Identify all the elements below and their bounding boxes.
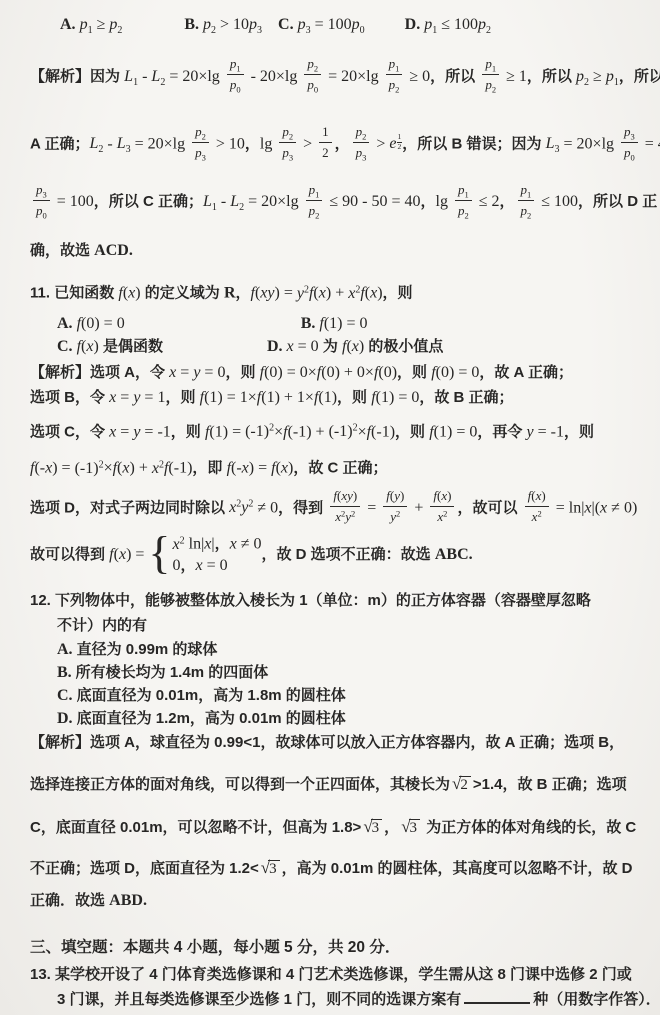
math-expression: p2 <box>478 16 491 33</box>
subscript: 2 <box>314 64 318 74</box>
math-text: x <box>287 338 294 355</box>
numerator: 1 <box>319 122 332 143</box>
subscript: 0 <box>236 85 240 95</box>
math-expression: f(x) + <box>309 285 348 302</box>
document-line: 【解析】选项 A，球直径为 0.99<1，故球体可以放入正方体容器内，故 A 正… <box>0 730 660 755</box>
cjk-text: ， <box>245 135 260 152</box>
numerator: p2 <box>353 122 370 143</box>
subscript: 0 <box>631 152 635 162</box>
math-expression: = 20× <box>244 193 286 210</box>
math-expression: p2 <box>282 123 293 140</box>
math-text: > <box>372 135 389 152</box>
math-expression: > <box>372 135 389 152</box>
math-text: 0 <box>173 557 181 574</box>
math-text: ) + <box>326 285 348 302</box>
math-text: ≥ 1 <box>502 68 527 85</box>
math-expression: > <box>299 135 316 152</box>
numerator: p3 <box>33 180 50 201</box>
cjk-text: ，则 <box>395 423 429 440</box>
document-line: 13. 某学校开设了 4 门体育类选修课和 4 门艺术类选修课，学生需从这 8 … <box>0 962 660 987</box>
fraction: p2p0 <box>304 54 321 95</box>
math-text: = 20× <box>244 193 286 210</box>
document-line: A. p1 ≥ p2B. p2 > 10p3C. p3 = 100p0D. p1… <box>0 12 660 43</box>
cjk-text: 12. 下列物体中，能够被整体放入棱长为 1（单位：m）的正方体容器（容器壁厚忽… <box>30 592 591 609</box>
document-line: 确，故选 ACD. <box>0 238 660 263</box>
cjk-text: ，故 B 正确； <box>419 389 513 406</box>
fraction: p1p2 <box>386 54 403 95</box>
math-expression: f(-x) = <box>30 460 75 477</box>
math-text: ≤ 2 <box>475 193 500 210</box>
radicand: 3 <box>371 819 383 836</box>
math-expression: x = 0 <box>196 557 228 574</box>
math-expression: = 100 <box>311 16 352 33</box>
denominator: p2 <box>482 75 499 95</box>
math-text: (0) = 0 <box>436 364 480 381</box>
math-text: p <box>80 16 88 33</box>
math-expression: ≥ <box>93 16 110 33</box>
subscript: 3 <box>202 152 206 162</box>
answer-label: A. <box>57 641 77 658</box>
fraction: f(y)y2 <box>383 486 407 527</box>
math-expression: = 100 <box>53 193 94 210</box>
cjk-text: ，故 D 选项不正确：故选 <box>262 546 435 563</box>
subscript: 1 <box>315 189 319 199</box>
math-text: p <box>576 68 584 85</box>
cjk-text: 种（用数字作答）． <box>533 991 660 1008</box>
math-expression: x2 <box>335 508 345 525</box>
math-expression: f(y) <box>386 487 404 504</box>
denominator: p0 <box>621 143 638 163</box>
answer-label: C. <box>278 16 298 33</box>
exam-document-page: A. p1 ≥ p2B. p2 > 10p3C. p3 = 100p0D. p1… <box>0 0 660 1015</box>
math-text: ) + <box>129 460 151 477</box>
math-expression: = 20× <box>324 68 366 85</box>
math-expression: p0 <box>230 76 241 93</box>
math-text: = 40 <box>641 135 660 152</box>
math-text: - <box>217 193 230 210</box>
subscript: 2 <box>315 210 319 220</box>
fraction: p1p2 <box>518 180 535 221</box>
answer-label: B. <box>184 16 203 33</box>
answer-label: A. <box>60 16 80 33</box>
document-line: f(-x) = (-1)2×f(x) + x2f(-1)，即 f(-x) = f… <box>0 452 660 481</box>
superscript: 2 <box>351 508 355 518</box>
subscript: 1 <box>236 64 240 74</box>
cjk-text: 三、填空题：本题共 4 小题，每小题 5 分，共 20 分． <box>30 939 400 956</box>
document-line: 11. 已知函数 f(x) 的定义域为 R，f(xy) = y2f(x) + x… <box>0 277 660 306</box>
denominator: p2 <box>306 201 323 221</box>
denominator: x2y2 <box>332 507 358 527</box>
cjk-text: ，则 <box>397 364 431 381</box>
cjk-text: ，所以 <box>527 68 576 85</box>
math-expression: |x| <box>201 536 215 553</box>
denominator: p2 <box>518 201 535 221</box>
math-expression: = <box>363 499 380 516</box>
math-expression: L2 <box>89 135 103 152</box>
cjk-text: ， <box>335 135 350 152</box>
math-expression: L2 <box>151 68 165 85</box>
math-text: ) <box>447 488 451 503</box>
subscript: 3 <box>289 152 293 162</box>
math-expression: x2 <box>173 536 185 553</box>
radicand: 2 <box>459 776 471 793</box>
cjk-text: ， <box>384 819 399 836</box>
math-text: (- <box>231 460 242 477</box>
cjk-text: C，底面直径 0.01m，可以忽略不计，但高为 1.8> <box>30 819 361 836</box>
math-text: = 20× <box>165 68 207 85</box>
numerator: p2 <box>304 54 321 75</box>
math-text: = 20× <box>324 68 366 85</box>
numerator: f(y) <box>383 486 407 507</box>
math-text: ≠ 0 <box>253 499 278 516</box>
math-expression: p0 <box>352 16 365 33</box>
math-expression: f(-1) <box>164 460 192 477</box>
math-expression: x2 <box>348 285 360 302</box>
answer-label: ABD. <box>109 892 147 909</box>
superscript: 2 <box>537 508 541 518</box>
math-expression: p1 <box>389 55 400 72</box>
math-text: p <box>203 16 211 33</box>
math-expression: y2 <box>241 499 253 516</box>
math-expression: ×f(-1) <box>358 423 395 440</box>
math-text: ) <box>541 488 545 503</box>
math-text: 2 <box>322 145 329 160</box>
answer-label: D. <box>267 338 287 355</box>
math-text: > <box>299 135 316 152</box>
math-expression: L3 <box>546 135 560 152</box>
document-line: p3p0 = 100，所以 C 正确；L1 - L2 = 20×lg p1p2 … <box>0 180 660 230</box>
math-text: lg <box>173 135 189 152</box>
numerator: p1 <box>306 180 323 201</box>
fraction: 12 <box>319 122 332 163</box>
math-expression: - <box>138 68 151 85</box>
math-text: p <box>298 16 306 33</box>
math-text: p <box>249 16 257 33</box>
document-line: 选择连接正方体的面对角线，可以得到一个正四面体，其棱长为√2>1.4，故 B 正… <box>0 771 660 798</box>
math-expression: > 10 <box>212 135 245 152</box>
numerator: f(x) <box>525 486 549 507</box>
math-text: = 0 <box>200 364 225 381</box>
cjk-text: ， <box>181 557 196 574</box>
cjk-text: ，得到 <box>278 499 327 516</box>
math-text: (-1) <box>168 460 192 477</box>
math-expression: p2 <box>203 16 216 33</box>
subscript: 0 <box>43 210 47 220</box>
math-text: (0) = 0 <box>81 315 125 332</box>
math-text: lg <box>436 193 452 210</box>
math-text: ) = <box>249 460 271 477</box>
math-expression: x2 <box>152 460 164 477</box>
math-text: p <box>478 16 486 33</box>
cjk-text: ，故 C 正确； <box>293 460 387 477</box>
document-line: C，底面直径 0.01m，可以忽略不计，但高为 1.8>√3，√3 为正方体的体… <box>0 814 660 841</box>
math-expression: p1 <box>458 181 469 198</box>
cjk-text: 13. 某学校开设了 4 门体育类选修课和 4 门艺术类选修课，学生需从这 8 … <box>30 966 632 983</box>
math-text: = 20× <box>560 135 602 152</box>
document-line: A. 直径为 0.99m 的球体 <box>0 638 660 661</box>
math-expression: = 20× <box>560 135 602 152</box>
math-expression: (-1)2 <box>75 460 104 477</box>
math-expression: x ≠ 0 <box>230 536 262 553</box>
piecewise-function: {x2 ln|x|，x ≠ 00，x = 0 <box>148 530 261 576</box>
denominator: p0 <box>227 75 244 95</box>
math-expression: f(x) <box>528 487 546 504</box>
numerator: f(xy) <box>330 486 360 507</box>
subscript: 3 <box>43 189 47 199</box>
cjk-text: ，则 <box>564 423 594 440</box>
superscript: 2 <box>396 508 400 518</box>
math-text: p <box>606 68 614 85</box>
answer-label: ACD. <box>94 242 133 259</box>
subscript: 2 <box>492 85 496 95</box>
math-text: (1) = <box>209 423 245 440</box>
math-expression: f(1) = <box>205 423 245 440</box>
subscript: 2 <box>117 25 122 36</box>
math-text: ≤ 100 <box>537 193 578 210</box>
math-expression: ×f(-1) + <box>274 423 329 440</box>
math-expression: x2 <box>229 499 241 516</box>
math-text: x <box>242 460 249 477</box>
cjk-text: ，则 <box>171 423 205 440</box>
math-expression: y2 <box>390 508 400 525</box>
math-expression: p1 <box>424 16 437 33</box>
math-expression: = 40 <box>641 135 660 152</box>
answer-label: B. <box>301 315 320 332</box>
math-expression: f(xy) = <box>251 285 297 302</box>
math-expression: p3 <box>249 16 262 33</box>
cjk-text: 确，故选 <box>30 242 94 259</box>
math-expression: p2 <box>458 202 469 219</box>
math-expression: L3 <box>117 135 131 152</box>
subscript: 1 <box>395 64 399 74</box>
answer-label: ABC. <box>435 546 473 563</box>
math-text: ≥ 0 <box>405 68 430 85</box>
math-expression: ≥ 1 <box>502 68 527 85</box>
math-expression: ≤ 2 <box>475 193 500 210</box>
sqrt-expression: √2 <box>452 771 471 798</box>
math-expression: p3 <box>298 16 311 33</box>
document-line: 【解析】因为 L1 - L2 = 20×lg p1p0 - 20×lg p2p0… <box>0 55 660 105</box>
math-text: = <box>552 499 569 516</box>
math-text: L <box>203 193 212 210</box>
fraction: p3p0 <box>33 180 50 221</box>
fraction: p1p2 <box>306 180 323 221</box>
math-text: 1 <box>322 124 329 139</box>
math-expression: p1 <box>309 181 320 198</box>
document-line: B. 所有棱长均为 1.4m 的四面体 <box>0 661 660 684</box>
math-text: L <box>546 135 555 152</box>
math-expression: |x|(x ≠ 0) <box>581 499 637 516</box>
math-expression: p1 <box>80 16 93 33</box>
denominator: p3 <box>192 143 209 163</box>
answer-label: C. <box>57 338 77 355</box>
cjk-text: 为 <box>319 338 342 355</box>
math-text: = 100 <box>53 193 94 210</box>
cjk-text: 选择连接正方体的面对角线，可以得到一个正四面体，其棱长为 <box>30 776 450 793</box>
cjk-text: ，再令 <box>477 423 526 440</box>
math-expression: p2 <box>521 202 532 219</box>
math-text: lg <box>286 193 302 210</box>
subscript: 2 <box>202 131 206 141</box>
subscript: 0 <box>314 85 318 95</box>
math-text: (-1) + <box>288 423 329 440</box>
sqrt-expression: √3 <box>363 814 382 841</box>
sqrt-expression: √3 <box>261 855 280 882</box>
cjk-text: ， <box>420 193 435 210</box>
cjk-text: 选项 B，令 <box>30 389 109 406</box>
numerator: f(x) <box>430 486 454 507</box>
numerator: p1 <box>482 54 499 75</box>
math-text: = 100 <box>311 16 352 33</box>
cjk-text: 正确．故选 <box>30 892 109 909</box>
math-text: - <box>138 68 151 85</box>
fraction: f(x)x2 <box>525 486 549 527</box>
cjk-text: 直径为 0.99m 的球体 <box>77 641 218 658</box>
math-text: ≤ 90 - 50 = 40 <box>325 193 420 210</box>
subscript: 2 <box>464 210 468 220</box>
math-text: ≥ <box>93 16 110 33</box>
math-text: (0) <box>378 364 397 381</box>
denominator: 2 <box>319 143 332 163</box>
math-expression: f(xy) <box>333 487 357 504</box>
math-text: (1) = 0 <box>434 423 478 440</box>
math-text: ≥ <box>589 68 606 85</box>
cjk-text: ，则 <box>337 389 371 406</box>
denominator: y2 <box>387 507 403 527</box>
subscript: 0 <box>360 25 365 36</box>
cjk-text: 故可以得到 <box>30 546 109 563</box>
math-text: p <box>424 16 432 33</box>
answer-label: C. <box>57 687 77 704</box>
subscript: 3 <box>362 152 366 162</box>
math-text: (-1) <box>245 423 269 440</box>
math-text: x <box>584 499 591 516</box>
math-expression: L1 <box>203 193 217 210</box>
math-expression: y2 <box>345 508 355 525</box>
math-expression: x2 <box>437 508 447 525</box>
math-text: L <box>117 135 126 152</box>
piecewise-rows: x2 ln|x|，x ≠ 00，x = 0 <box>173 530 262 576</box>
math-text: lg <box>260 135 276 152</box>
cjk-text: ， <box>499 193 514 210</box>
math-text: = <box>116 389 133 406</box>
math-expression: ≤ 100 <box>437 16 478 33</box>
math-expression: ×f(x) + <box>104 460 152 477</box>
subscript: 3 <box>257 25 262 36</box>
fraction: p3p0 <box>621 122 638 163</box>
math-expression: f(1) = 0 <box>429 423 477 440</box>
math-expression: f(x) <box>433 487 451 504</box>
denominator: 2 <box>398 143 402 152</box>
radicand: 3 <box>409 819 421 836</box>
math-expression: f(x) <box>342 338 364 355</box>
math-expression: p2 <box>307 55 318 72</box>
math-text: - 20× <box>247 68 285 85</box>
subscript: 1 <box>492 64 496 74</box>
math-text: (1) = 0 <box>376 389 420 406</box>
math-text: × <box>358 423 367 440</box>
math-text: (-1) <box>371 423 395 440</box>
math-text: ) = <box>52 460 74 477</box>
math-text: (1) = 1× <box>204 389 257 406</box>
answer-label: B. <box>57 664 76 681</box>
denominator: p3 <box>279 143 296 163</box>
math-text: ) = <box>275 285 297 302</box>
cjk-text: ，故可以 <box>457 499 521 516</box>
denominator: p3 <box>353 143 370 163</box>
subscript: 2 <box>289 131 293 141</box>
subscript: 2 <box>486 25 491 36</box>
math-expression: p2 <box>576 68 589 85</box>
math-expression: L2 <box>230 193 244 210</box>
math-expression: y2 <box>297 285 309 302</box>
math-text: ) = <box>126 546 148 563</box>
math-text: ln <box>185 536 201 553</box>
cjk-text: 是偶函数 <box>99 338 163 355</box>
cjk-text: >1.4，故 B 正确；选项 <box>473 776 627 793</box>
math-expression: f(x) <box>77 338 99 355</box>
math-text: (- <box>34 460 45 477</box>
piecewise-row: x2 ln|x|，x ≠ 0 <box>173 530 262 555</box>
fraction: f(x)x2 <box>430 486 454 527</box>
fraction: p2p3 <box>192 122 209 163</box>
math-text: (-1) <box>75 460 99 477</box>
math-text: ) <box>400 488 404 503</box>
math-expression: x2 <box>532 508 542 525</box>
math-expression: f(x) = <box>109 546 148 563</box>
cjk-text: 的定义域为 <box>141 285 224 302</box>
subscript: 1 <box>464 189 468 199</box>
math-text: × <box>104 460 113 477</box>
subscript: 2 <box>527 210 531 220</box>
denominator: p0 <box>33 201 50 221</box>
math-expression: e12 <box>389 135 402 152</box>
math-text: = 1 <box>140 389 165 406</box>
document-line: 三、填空题：本题共 4 小题，每小题 5 分，共 20 分． <box>0 935 660 960</box>
numerator: p1 <box>518 180 535 201</box>
cjk-text: 选项 C，令 <box>30 423 109 440</box>
math-expression: f(0) = 0 <box>77 315 125 332</box>
math-text: ≠ 0) <box>607 499 637 516</box>
math-expression: f(-x) = f(x) <box>227 460 294 477</box>
math-text: p <box>352 16 360 33</box>
math-text: = <box>176 364 193 381</box>
math-expression: p0 <box>307 76 318 93</box>
denominator: p2 <box>386 75 403 95</box>
subscript: 1 <box>527 189 531 199</box>
math-expression: p3 <box>282 144 293 161</box>
math-expression: f(0) = 0 <box>431 364 479 381</box>
math-expression: p1 <box>485 55 496 72</box>
cjk-text: ，则 <box>165 389 199 406</box>
numerator: p2 <box>192 122 209 143</box>
math-text: = 0 <box>203 557 228 574</box>
denominator: p0 <box>304 75 321 95</box>
math-text: = -1 <box>534 423 564 440</box>
document-line: 不计）内的有 <box>0 613 660 638</box>
math-text: lg <box>602 135 618 152</box>
math-expression: p2 <box>389 76 400 93</box>
answer-label: D. <box>405 16 425 33</box>
superscript: 2 <box>443 508 447 518</box>
cjk-text: 不正确；选项 D，底面直径为 1.2< <box>30 860 259 877</box>
cjk-text: 不计）内的有 <box>57 617 147 634</box>
cjk-text: ， <box>236 285 251 302</box>
math-text: = <box>363 499 380 516</box>
cjk-text: ，所以 <box>430 68 479 85</box>
math-text: lg <box>366 68 382 85</box>
math-expression: = <box>552 499 569 516</box>
